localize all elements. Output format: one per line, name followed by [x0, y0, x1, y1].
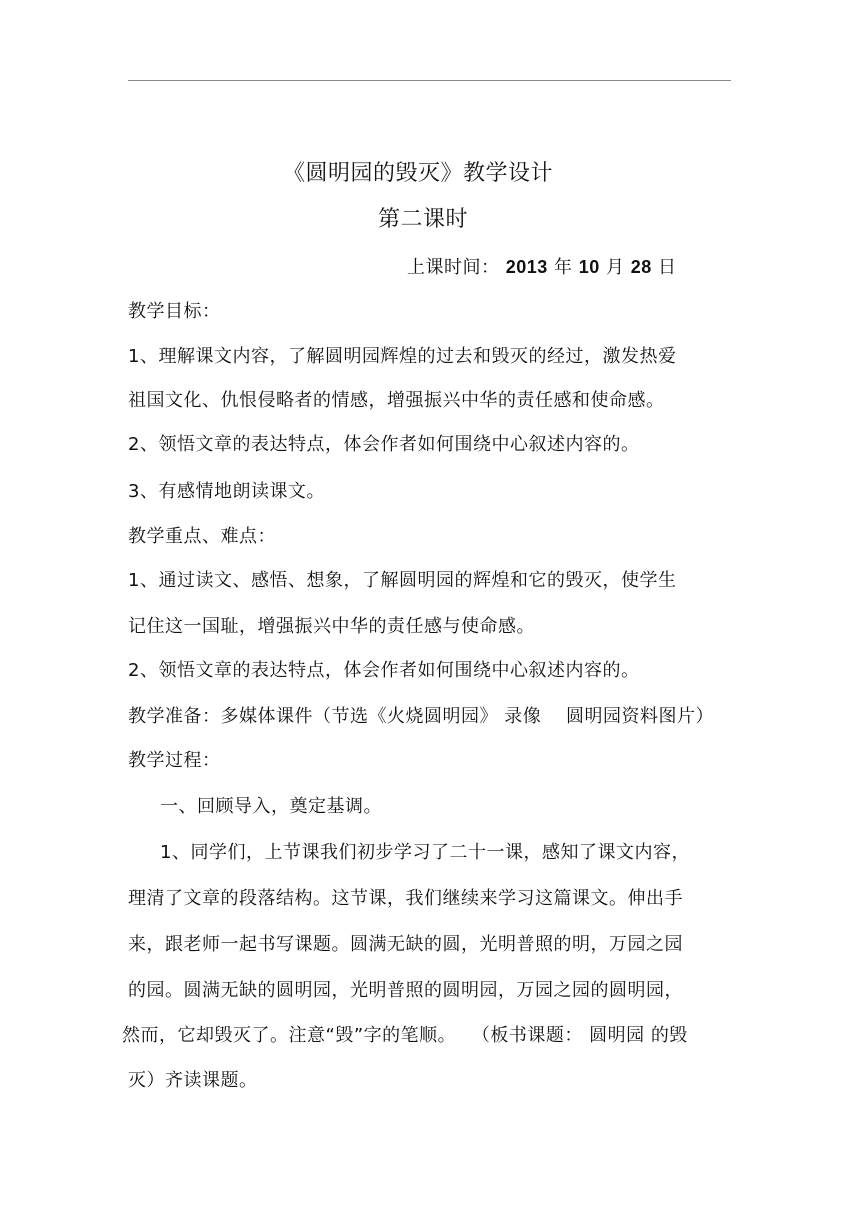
preparation-line: 教学准备：多媒体课件（节选《火烧圆明园》 录像 圆明园资料图片） [128, 706, 714, 728]
key-points-heading: 教学重点、难点： [128, 526, 276, 548]
objective-line: 3、有感情地朗读课文。 [128, 481, 325, 503]
key-point-line: 1、通过读文、感悟、想象，了解圆明园的辉煌和它的毁灭，使学生 [128, 570, 676, 592]
class-date: 上课时间： 2013 年 10 月 28 日 [407, 256, 677, 279]
objective-line: 2、领悟文章的表达特点，体会作者如何围绕中心叙述内容的。 [128, 434, 639, 456]
date-month-unit: 月 [606, 257, 625, 278]
paragraph-line: 来，跟老师一起书写课题。圆满无缺的圆，光明普照的明，万园之园 [128, 934, 683, 956]
paragraph-line: 灭）齐读课题。 [128, 1070, 258, 1092]
date-label: 上课时间： [407, 257, 500, 278]
header-rule [128, 80, 731, 81]
date-year-unit: 年 [554, 257, 573, 278]
document-subtitle: 第二课时 [378, 207, 468, 233]
paragraph-line: 1、同学们，上节课我们初步学习了二十一课，感知了课文内容， [160, 842, 690, 864]
date-year: 2013 [506, 257, 548, 277]
objectives-heading: 教学目标： [128, 301, 221, 323]
document-title: 《圆明园的毁灭》教学设计 [283, 161, 553, 187]
date-month: 10 [579, 257, 600, 277]
paragraph-line: 的园。圆满无缺的圆明园，光明普照的圆明园，万园之园的圆明园， [128, 980, 683, 1002]
paragraph-line: 理清了文章的段落结构。这节课，我们继续来学习这篇课文。伸出手 [128, 888, 683, 910]
objective-line: 1、理解课文内容，了解圆明园辉煌的过去和毁灭的经过，激发热爱 [128, 346, 676, 368]
section-heading: 一、回顾导入，奠定基调。 [160, 796, 382, 818]
paragraph-line: 然而，它却毁灭了。注意“毁”字的笔顺。 （板书课题： 圆明园 的毁 [122, 1025, 688, 1047]
key-point-line: 记住这一国耻，增强振兴中华的责任感与使命感。 [128, 616, 535, 638]
objective-line: 祖国文化、仇恨侵略者的情感，增强振兴中华的责任感和使命感。 [128, 390, 665, 412]
process-heading: 教学过程： [128, 750, 221, 772]
key-point-line: 2、领悟文章的表达特点，体会作者如何围绕中心叙述内容的。 [128, 660, 639, 682]
date-day: 28 [631, 257, 652, 277]
date-day-unit: 日 [658, 257, 677, 278]
